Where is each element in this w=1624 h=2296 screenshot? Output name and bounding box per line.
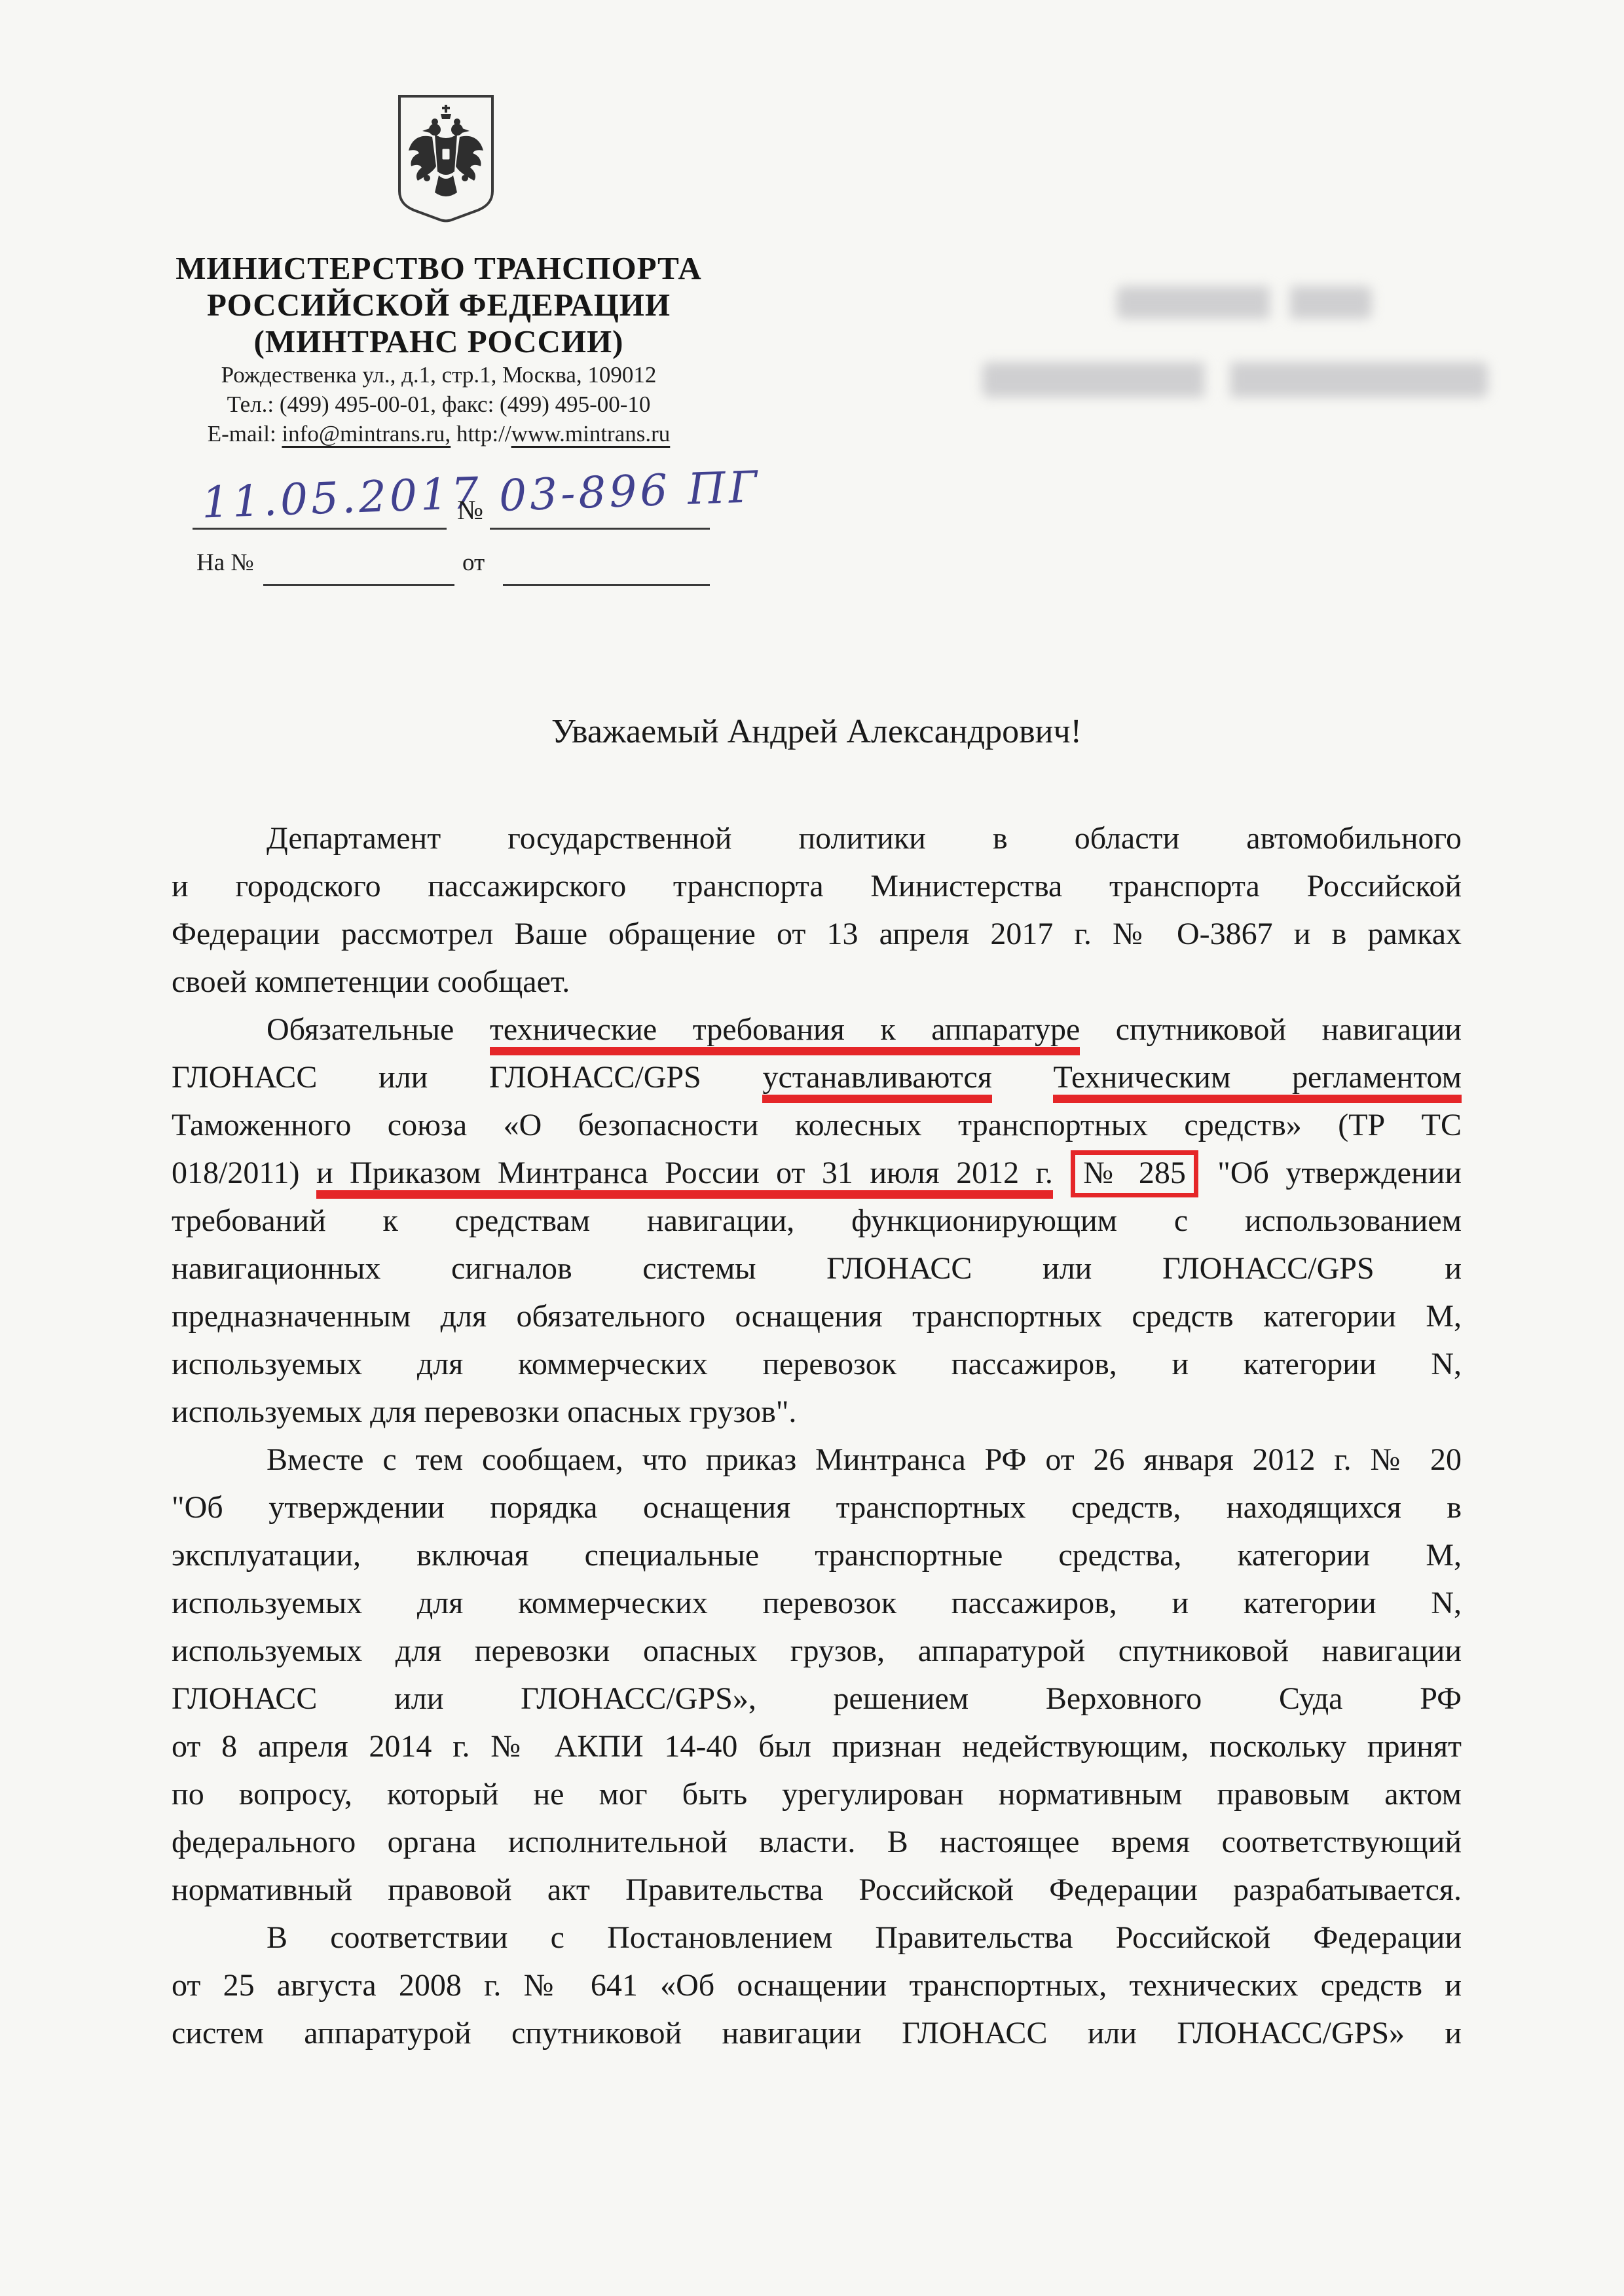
- reference-number-blank-line: [263, 584, 454, 586]
- scanned-letter-page: МИНИСТЕРСТВО ТРАНСПОРТА РОССИЙСКОЙ ФЕДЕР…: [0, 0, 1624, 2296]
- body-line: требований к средствам навигации, функци…: [172, 1197, 1462, 1245]
- body-line: "Об утверждении порядка оснащения трансп…: [172, 1484, 1462, 1531]
- body-text: систем аппаратурой спутниковой навигации…: [172, 2016, 1462, 2050]
- body-text: используемых для коммерческих перевозок …: [172, 1347, 1462, 1381]
- body-line: своей компетенции сообщает.: [172, 958, 1462, 1006]
- body-line: Таможенного союза «О безопасности колесн…: [172, 1101, 1462, 1149]
- body-line: В соответствии с Постановлением Правител…: [172, 1914, 1462, 1961]
- body-text: ГЛОНАСС или ГЛОНАСС/GPS», решением Верхо…: [172, 1681, 1462, 1716]
- letter-body: Департамент государственной политики в о…: [172, 814, 1462, 2057]
- body-text: от 8 апреля 2014 г. № АКПИ 14-40 был при…: [172, 1729, 1462, 1764]
- salutation: Уважаемый Андрей Александрович!: [172, 712, 1462, 751]
- body-line: систем аппаратурой спутниковой навигации…: [172, 2009, 1462, 2057]
- org-email-line: E-mail: info@mintrans.ru, http://www.min…: [145, 419, 732, 448]
- email-separator: http://: [451, 421, 511, 446]
- redacted-recipient-email-blur: [982, 362, 1488, 397]
- body-text: В соответствии с Постановлением Правител…: [267, 1920, 1462, 1955]
- body-line: ГЛОНАСС или ГЛОНАСС/GPS устанавливаются …: [172, 1053, 1462, 1101]
- body-line: Вместе с тем сообщаем, что приказ Минтра…: [172, 1436, 1462, 1484]
- body-text: Федерации рассмотрел Ваше обращение от 1…: [172, 917, 1462, 951]
- date-underline: [193, 528, 447, 530]
- body-text: используемых для коммерческих перевозок …: [172, 1586, 1462, 1620]
- body-line: от 25 августа 2008 г. № 641 «Об оснащени…: [172, 1961, 1462, 2009]
- body-line: предназначенным для обязательного оснаще…: [172, 1292, 1462, 1340]
- body-text: [992, 1060, 1054, 1095]
- body-line: нормативный правовой акт Правительства Р…: [172, 1866, 1462, 1914]
- org-name-line: МИНИСТЕРСТВО ТРАНСПОРТА: [165, 250, 712, 287]
- org-address: Рождественка ул., д.1, стр.1, Москва, 10…: [145, 360, 732, 390]
- body-line: используемых для коммерческих перевозок …: [172, 1340, 1462, 1388]
- body-text: предназначенным для обязательного оснаще…: [172, 1299, 1462, 1334]
- number-sign-label: №: [457, 495, 483, 526]
- red-underline-annotation: устанавливаются: [762, 1060, 991, 1103]
- body-line: по вопросу, который не мог быть урегулир…: [172, 1770, 1462, 1818]
- reference-number-label: На №: [196, 549, 254, 577]
- org-name-block: МИНИСТЕРСТВО ТРАНСПОРТА РОССИЙСКОЙ ФЕДЕР…: [165, 250, 712, 360]
- body-text: "Об утверждении: [1201, 1156, 1462, 1190]
- body-line: используемых для перевозки опасных грузо…: [172, 1627, 1462, 1675]
- body-line: навигационных сигналов системы ГЛОНАСС и…: [172, 1245, 1462, 1292]
- body-line: эксплуатации, включая специальные трансп…: [172, 1531, 1462, 1579]
- body-line: используемых для коммерческих перевозок …: [172, 1579, 1462, 1627]
- red-box-annotation: № 285: [1071, 1150, 1198, 1197]
- redacted-recipient-name-blur: [1116, 286, 1372, 319]
- body-line: Департамент государственной политики в о…: [172, 814, 1462, 862]
- body-text: требований к средствам навигации, функци…: [172, 1203, 1462, 1238]
- body-text: спутниковой навигации: [1080, 1012, 1462, 1047]
- org-phone: Тел.: (499) 495-00-01, факс: (499) 495-0…: [145, 390, 732, 419]
- red-underline-annotation: и Приказом Минтранса России от 31 июля 2…: [316, 1156, 1053, 1199]
- body-text: своей компетенции сообщает.: [172, 964, 570, 999]
- reference-from-label: от: [462, 549, 485, 577]
- body-line: федерального органа исполнительной власт…: [172, 1818, 1462, 1866]
- body-line: и городского пассажирского транспорта Ми…: [172, 862, 1462, 910]
- body-text: от 25 августа 2008 г. № 641 «Об оснащени…: [172, 1968, 1462, 2003]
- reference-date-blank-line: [503, 584, 710, 586]
- body-text: по вопросу, который не мог быть урегулир…: [172, 1777, 1462, 1812]
- body-text: Вместе с тем сообщаем, что приказ Минтра…: [267, 1442, 1462, 1477]
- website-address: www.mintrans.ru: [511, 421, 671, 446]
- body-line: используемых для перевозки опасных грузо…: [172, 1388, 1462, 1436]
- body-text: федерального органа исполнительной власт…: [172, 1825, 1462, 1859]
- org-name-line: РОССИЙСКОЙ ФЕДЕРАЦИИ: [165, 287, 712, 323]
- body-text: ГЛОНАСС или ГЛОНАСС/GPS: [172, 1060, 762, 1095]
- body-text: эксплуатации, включая специальные трансп…: [172, 1538, 1462, 1573]
- body-line: Федерации рассмотрел Ваше обращение от 1…: [172, 910, 1462, 958]
- body-text: используемых для перевозки опасных грузо…: [172, 1633, 1462, 1668]
- org-contact-block: Рождественка ул., д.1, стр.1, Москва, 10…: [145, 360, 732, 448]
- body-text: и городского пассажирского транспорта Ми…: [172, 869, 1462, 903]
- body-line: Обязательные технические требования к ап…: [172, 1006, 1462, 1053]
- body-text: 018/2011): [172, 1156, 316, 1190]
- org-name-line: (МИНТРАНС РОССИИ): [165, 323, 712, 360]
- body-text: нормативный правовой акт Правительства Р…: [172, 1872, 1462, 1907]
- handwritten-outgoing-number: 03-896 ПГ: [498, 462, 762, 521]
- body-line: от 8 апреля 2014 г. № АКПИ 14-40 был при…: [172, 1722, 1462, 1770]
- email-address: info@mintrans.ru,: [282, 421, 451, 446]
- number-underline: [490, 528, 710, 530]
- email-label: E-mail:: [208, 421, 282, 446]
- body-line: ГЛОНАСС или ГЛОНАСС/GPS», решением Верхо…: [172, 1675, 1462, 1722]
- body-text: навигационных сигналов системы ГЛОНАСС и…: [172, 1251, 1462, 1286]
- handwritten-date: 11.05.2017: [201, 468, 483, 528]
- body-line: 018/2011) и Приказом Минтранса России от…: [172, 1149, 1462, 1197]
- body-text: Департамент государственной политики в о…: [267, 821, 1462, 856]
- body-text: используемых для перевозки опасных грузо…: [172, 1394, 796, 1429]
- red-underline-annotation: технические требования к аппаратуре: [490, 1012, 1080, 1055]
- russia-coat-of-arms-icon: [393, 93, 499, 225]
- body-text: [1053, 1156, 1069, 1190]
- body-text: Обязательные: [267, 1012, 490, 1047]
- body-text: Таможенного союза «О безопасности колесн…: [172, 1108, 1462, 1142]
- body-text: "Об утверждении порядка оснащения трансп…: [172, 1490, 1462, 1525]
- red-underline-annotation: Техническим регламентом: [1053, 1060, 1462, 1103]
